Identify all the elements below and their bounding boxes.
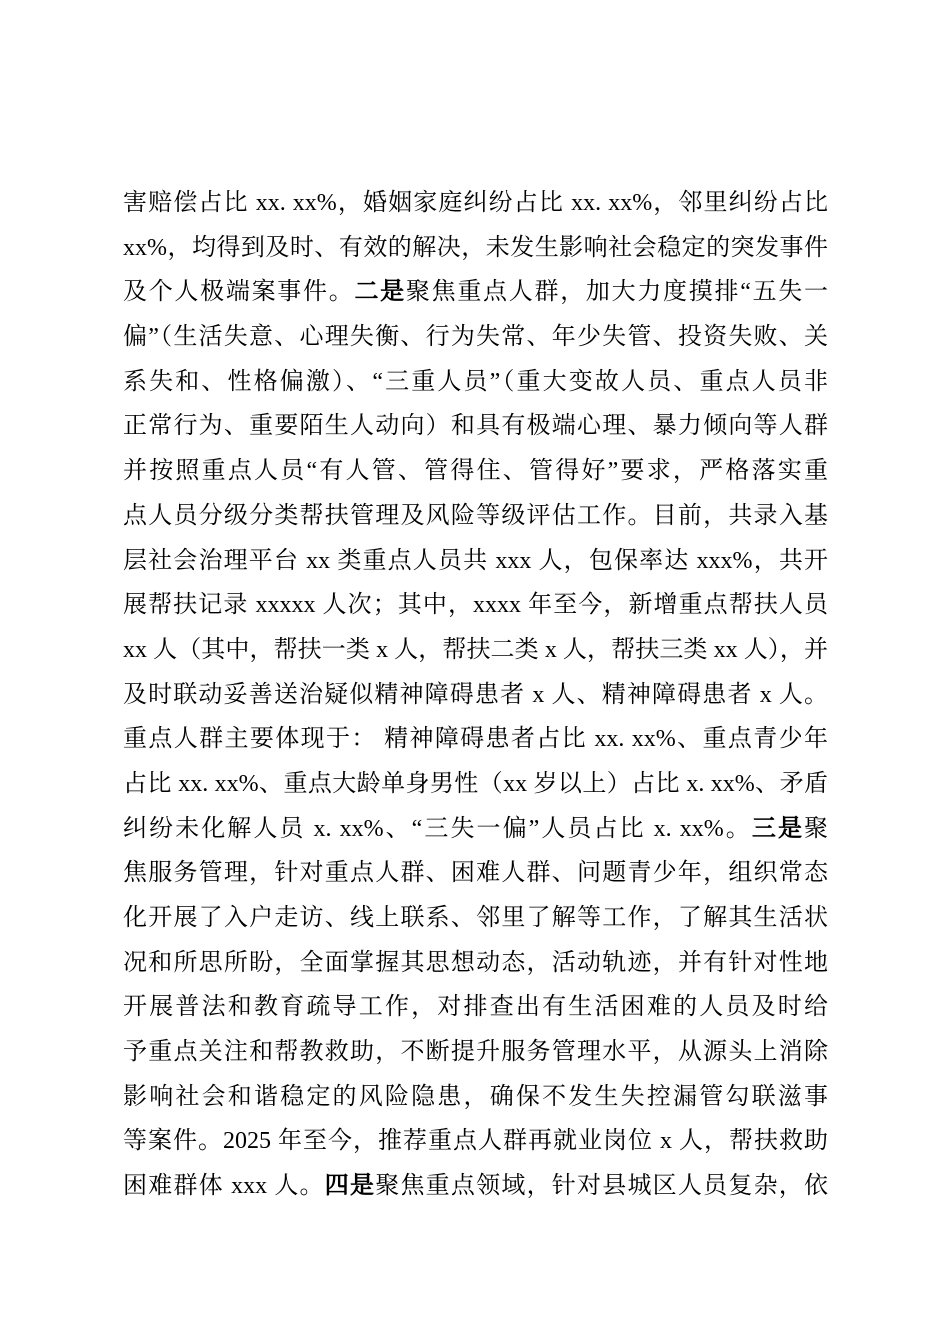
text-line: xx 人（其中，帮扶一类 x 人，帮扶二类 x 人，帮扶三类 xx 人），并 [123, 628, 828, 673]
document-page: 害赔偿占比 xx. xx%，婚姻家庭纠纷占比 xx. xx%，邻里纠纷占比xx%… [0, 0, 950, 1344]
text-line: 正常行为、重要陌生人动向）和具有极端心理、暴力倾向等人群 [123, 404, 828, 449]
text-line: 层社会治理平台 xx 类重点人员共 xxx 人，包保率达 xxx%，共开 [123, 539, 828, 584]
text-line: 困难群体 xxx 人。四是聚焦重点领域，针对县城区人员复杂，依 [123, 1164, 828, 1209]
text-segment: xx 人（其中，帮扶一类 x 人，帮扶二类 x 人，帮扶三类 xx 人），并 [123, 637, 828, 663]
text-segment: 焦服务管理，针对重点人群、困难人群、问题青少年，组织常态 [123, 860, 828, 886]
text-line: 等案件。2025 年至今，推荐重点人群再就业岗位 x 人，帮扶救助 [123, 1119, 828, 1164]
text-segment: 层社会治理平台 xx 类重点人员共 xxx 人，包保率达 xxx%，共开 [123, 548, 828, 574]
text-line: 化开展了入户走访、线上联系、邻里了解等工作，了解其生活状 [123, 896, 828, 941]
text-line: 并按照重点人员“有人管、管得住、管得好”要求，严格落实重 [123, 449, 828, 494]
text-segment: 并按照重点人员“有人管、管得住、管得好”要求，严格落实重 [123, 458, 828, 484]
text-line: 予重点关注和帮教救助，不断提升服务管理水平，从源头上消除 [123, 1030, 828, 1075]
text-segment: 点人员分级分类帮扶管理及风险等级评估工作。目前，共录入基 [123, 503, 828, 529]
emphasis-segment: 四是 [325, 1173, 375, 1199]
text-line: 及时联动妥善送治疑似精神障碍患者 x 人、精神障碍患者 x 人。 [123, 673, 828, 718]
text-line: 况和所思所盼，全面掌握其思想动态，活动轨迹，并有针对性地 [123, 941, 828, 986]
text-line: 系失和、性格偏激）、“三重人员”（重大变故人员、重点人员非 [123, 360, 828, 405]
text-segment: 正常行为、重要陌生人动向）和具有极端心理、暴力倾向等人群 [123, 413, 828, 439]
text-segment: 展帮扶记录 xxxxx 人次；其中，xxxx 年至今，新增重点帮扶人员 [123, 592, 828, 618]
text-segment: 聚焦重点人群，加大力度摸排“五失一 [406, 279, 828, 305]
text-line: 展帮扶记录 xxxxx 人次；其中，xxxx 年至今，新增重点帮扶人员 [123, 583, 828, 628]
emphasis-segment: 三是 [752, 816, 804, 842]
text-line: xx%，均得到及时、有效的解决，未发生影响社会稳定的突发事件 [123, 226, 828, 271]
text-segment: 予重点关注和帮教救助，不断提升服务管理水平，从源头上消除 [123, 1039, 828, 1065]
text-segment: 化开展了入户走访、线上联系、邻里了解等工作，了解其生活状 [123, 905, 828, 931]
text-line: 占比 xx. xx%、重点大龄单身男性（xx 岁以上）占比 x. xx%、矛盾 [123, 762, 828, 807]
text-line: 害赔偿占比 xx. xx%，婚姻家庭纠纷占比 xx. xx%，邻里纠纷占比 [123, 181, 828, 226]
text-line: 纠纷未化解人员 x. xx%、“三失一偏”人员占比 x. xx%。三是聚 [123, 807, 828, 852]
text-line: 点人员分级分类帮扶管理及风险等级评估工作。目前，共录入基 [123, 494, 828, 539]
text-segment: 聚焦重点领域，针对县城区人员复杂，依 [375, 1173, 828, 1199]
text-segment: 等案件。2025 年至今，推荐重点人群再就业岗位 x 人，帮扶救助 [123, 1128, 828, 1154]
text-line: 重点人群主要体现于： 精神障碍患者占比 xx. xx%、重点青少年 [123, 717, 828, 762]
emphasis-segment: 二是 [354, 279, 405, 305]
text-segment: 系失和、性格偏激）、“三重人员”（重大变故人员、重点人员非 [123, 369, 828, 395]
text-segment: 困难群体 xxx 人。 [123, 1173, 325, 1199]
text-segment: 及个人极端案事件。 [123, 279, 354, 305]
text-line: 焦服务管理，针对重点人群、困难人群、问题青少年，组织常态 [123, 851, 828, 896]
text-line: 开展普法和教育疏导工作，对排查出有生活困难的人员及时给 [123, 985, 828, 1030]
text-segment: 聚 [804, 816, 828, 842]
text-line: 及个人极端案事件。二是聚焦重点人群，加大力度摸排“五失一 [123, 270, 828, 315]
text-segment: xx%，均得到及时、有效的解决，未发生影响社会稳定的突发事件 [123, 235, 828, 261]
text-segment: 及时联动妥善送治疑似精神障碍患者 x 人、精神障碍患者 x 人。 [123, 682, 828, 708]
text-line: 影响社会和谐稳定的风险隐患，确保不发生失控漏管勾联滋事 [123, 1075, 828, 1120]
body-text: 害赔偿占比 xx. xx%，婚姻家庭纠纷占比 xx. xx%，邻里纠纷占比xx%… [123, 181, 828, 1209]
text-segment: 况和所思所盼，全面掌握其思想动态，活动轨迹，并有针对性地 [123, 950, 828, 976]
text-segment: 重点人群主要体现于： 精神障碍患者占比 xx. xx%、重点青少年 [123, 726, 828, 752]
text-segment: 害赔偿占比 xx. xx%，婚姻家庭纠纷占比 xx. xx%，邻里纠纷占比 [123, 190, 828, 216]
text-segment: 开展普法和教育疏导工作，对排查出有生活困难的人员及时给 [123, 994, 828, 1020]
text-segment: 偏”（生活失意、心理失衡、行为失常、年少失管、投资失败、关 [123, 324, 828, 350]
text-segment: 占比 xx. xx%、重点大龄单身男性（xx 岁以上）占比 x. xx%、矛盾 [123, 771, 828, 797]
text-segment: 影响社会和谐稳定的风险隐患，确保不发生失控漏管勾联滋事 [123, 1084, 828, 1110]
text-line: 偏”（生活失意、心理失衡、行为失常、年少失管、投资失败、关 [123, 315, 828, 360]
text-segment: 纠纷未化解人员 x. xx%、“三失一偏”人员占比 x. xx%。 [123, 816, 752, 842]
